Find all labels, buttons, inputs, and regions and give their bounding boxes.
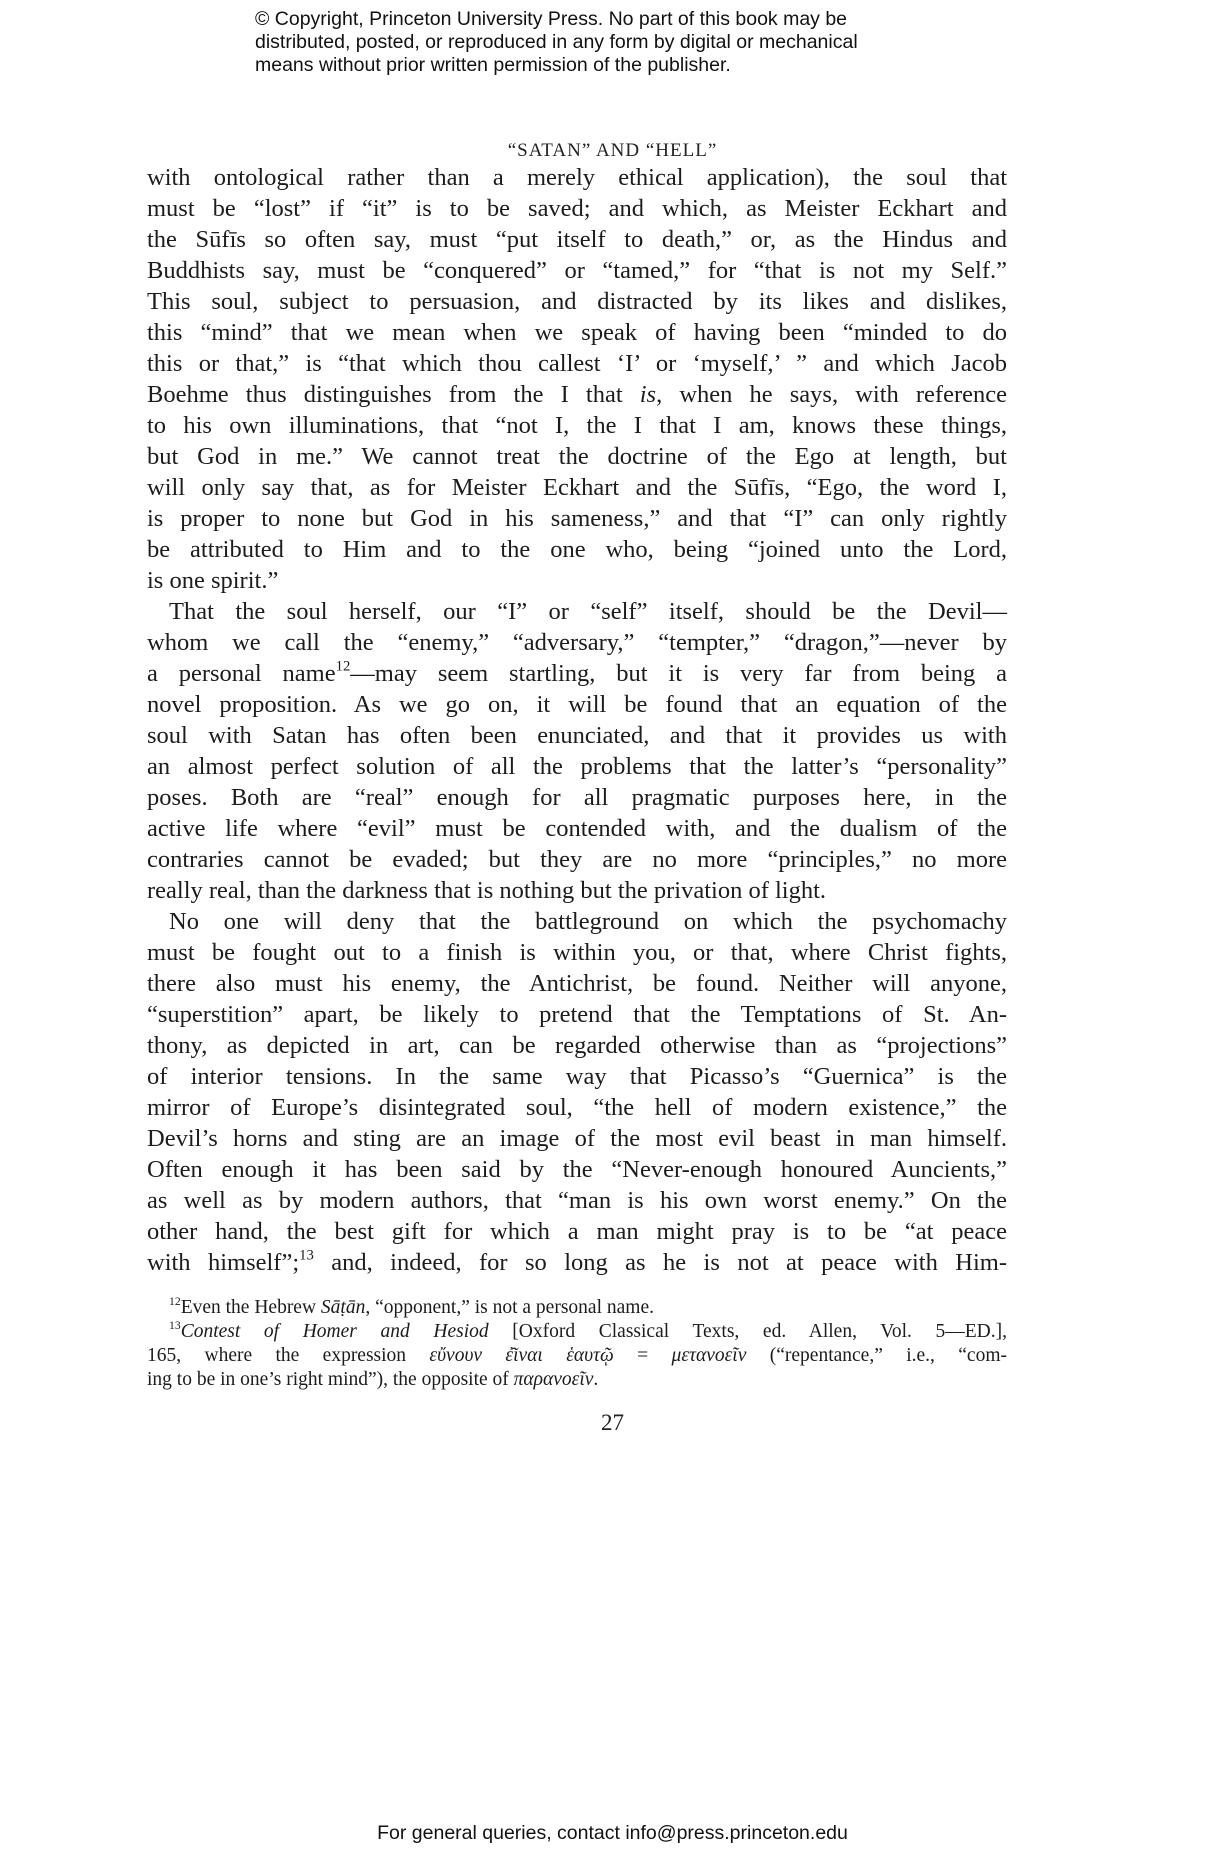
text-line: Buddhists say, must be “conquered” or “t… — [147, 255, 1007, 286]
text-run: and, indeed, for so long as he is not at… — [314, 1249, 1007, 1276]
footnote-marker: 12 — [169, 1295, 181, 1308]
text-line: will only say that, as for Meister Eckha… — [147, 472, 1007, 503]
footnote-13-cont: 165, where the expression εὔνουν ἐ͂ιναι … — [147, 1344, 1007, 1368]
text-run: ing to be in one’s right mind”), the opp… — [147, 1369, 514, 1390]
greek-phrase: εὔνουν ἐ͂ιναι ἑαυτῷ — [429, 1345, 613, 1366]
text-run: a personal name — [147, 660, 336, 687]
text-line: thony, as depicted in art, can be regard… — [147, 1030, 1007, 1061]
text-line: “superstition” apart, be likely to prete… — [147, 999, 1007, 1030]
text-run: Even the Hebrew — [181, 1297, 321, 1318]
footnote-12: 12Even the Hebrew Sāṭān, “opponent,” is … — [147, 1296, 1007, 1320]
text-line: there also must his enemy, the Antichris… — [147, 968, 1007, 999]
text-line: as well as by modern authors, that “man … — [147, 1185, 1007, 1216]
text-line: Often enough it has been said by the “Ne… — [147, 1154, 1007, 1185]
text-run: Boehme thus distinguishes from the I tha… — [147, 381, 640, 408]
text-line: really real, than the darkness that is n… — [147, 875, 1007, 906]
text-line: contraries cannot be evaded; but they ar… — [147, 844, 1007, 875]
text-line: with ontological rather than a merely et… — [147, 162, 1007, 193]
text-line: an almost perfect solution of all the pr… — [147, 751, 1007, 782]
text-line: whom we call the “enemy,” “adversary,” “… — [147, 627, 1007, 658]
copyright-line: means without prior written permission o… — [255, 54, 1015, 77]
text-line: mirror of Europe’s disintegrated soul, “… — [147, 1092, 1007, 1123]
text-run: = — [614, 1345, 672, 1366]
footnote-marker: 13 — [169, 1319, 181, 1332]
text-run: , when he says, with reference — [656, 381, 1007, 408]
italic-term: Sāṭān — [321, 1297, 365, 1318]
text-line: to his own illuminations, that “not I, t… — [147, 410, 1007, 441]
text-line: must be “lost” if “it” is to be saved; a… — [147, 193, 1007, 224]
text-run: 165, where the expression — [147, 1345, 429, 1366]
text-run: , “opponent,” is not a personal name. — [365, 1297, 654, 1318]
text-line: other hand, the best gift for which a ma… — [147, 1216, 1007, 1247]
greek-word: μετανοεῖν — [672, 1345, 747, 1366]
copyright-notice: © Copyright, Princeton University Press.… — [255, 8, 1015, 77]
text-run: —may seem startling, but it is very far … — [350, 660, 1007, 687]
text-line: a personal name12—may seem startling, bu… — [147, 658, 1007, 689]
text-line: of interior tensions. In the same way th… — [147, 1061, 1007, 1092]
footnote-13-cont: ing to be in one’s right mind”), the opp… — [147, 1368, 1007, 1392]
footnote-ref-13[interactable]: 13 — [299, 1248, 314, 1264]
text-line: the Sūfīs so often say, must “put itself… — [147, 224, 1007, 255]
greek-word: παρανοεῖν — [514, 1369, 594, 1390]
text-line: but God in me.” We cannot treat the doct… — [147, 441, 1007, 472]
italic-emphasis: is — [640, 381, 656, 408]
text-line: is proper to none but God in his samenes… — [147, 503, 1007, 534]
text-line: this or that,” is “that which thou calle… — [147, 348, 1007, 379]
text-line: is one spirit.” — [147, 565, 1007, 596]
text-run: [Oxford Classical Texts, ed. Allen, Vol.… — [489, 1321, 1007, 1342]
text-line: novel proposition. As we go on, it will … — [147, 689, 1007, 720]
footnote-13: 13Contest of Homer and Hesiod [Oxford Cl… — [147, 1320, 1007, 1344]
text-run: (“repentance,” i.e., “com- — [746, 1345, 1007, 1366]
text-line: This soul, subject to persuasion, and di… — [147, 286, 1007, 317]
copyright-line: distributed, posted, or reproduced in an… — [255, 31, 1015, 54]
text-line: soul with Satan has often been enunciate… — [147, 720, 1007, 751]
text-run: with himself”; — [147, 1249, 299, 1276]
text-line: Boehme thus distinguishes from the I tha… — [147, 379, 1007, 410]
text-line: this “mind” that we mean when we speak o… — [147, 317, 1007, 348]
text-line: poses. Both are “real” enough for all pr… — [147, 782, 1007, 813]
contact-footer: For general queries, contact info@press.… — [0, 1822, 1225, 1845]
footnotes: 12Even the Hebrew Sāṭān, “opponent,” is … — [147, 1296, 1007, 1392]
paragraph-start: That the soul herself, our “I” or “self”… — [147, 596, 1007, 627]
text-line: active life where “evil” must be contend… — [147, 813, 1007, 844]
italic-title: Contest of Homer and Hesiod — [181, 1321, 489, 1342]
running-head: “SATAN” AND “HELL” — [0, 140, 1225, 162]
text-line: must be fought out to a finish is within… — [147, 937, 1007, 968]
text-line: with himself”;13 and, indeed, for so lon… — [147, 1247, 1007, 1278]
text-line: be attributed to Him and to the one who,… — [147, 534, 1007, 565]
page-number: 27 — [0, 1410, 1225, 1436]
text-line: Devil’s horns and sting are an image of … — [147, 1123, 1007, 1154]
footnote-ref-12[interactable]: 12 — [336, 659, 351, 675]
copyright-line: © Copyright, Princeton University Press.… — [255, 8, 1015, 31]
paragraph-start: No one will deny that the battleground o… — [147, 906, 1007, 937]
text-run: . — [593, 1369, 598, 1390]
body-text: with ontological rather than a merely et… — [147, 162, 1007, 1278]
